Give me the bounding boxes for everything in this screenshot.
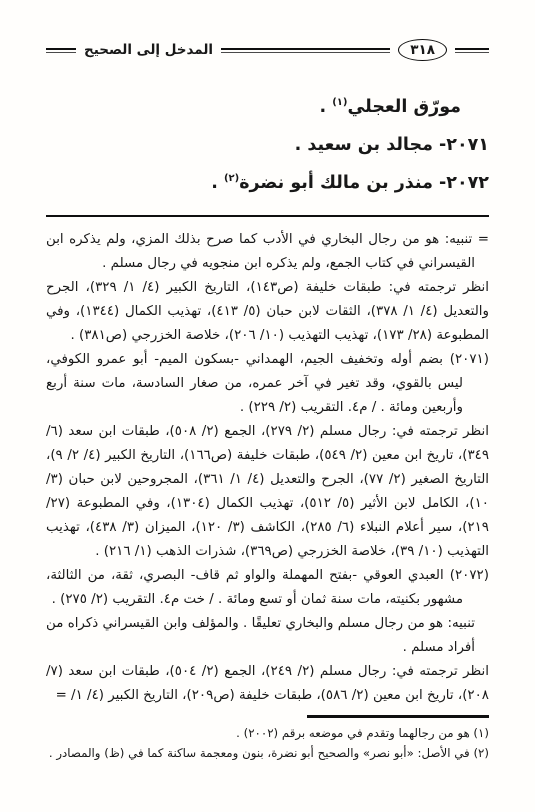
bottom-note-2: (٢) في الأصل: «أبو نصر» والصحيح أبو نضرة… xyxy=(46,743,489,764)
footnote-ref-2: (٢) xyxy=(224,173,239,184)
footnote-paragraph-tanbih: تنبيه: هو من رجال مسلم والبخاري تعليقًا … xyxy=(46,612,489,660)
entry-line-2072: ٢٠٧٢- منذر بن مالك أبو نضرة(٢) . xyxy=(46,162,489,200)
footnotes-block: = تنبيه: هو من رجال البخاري في الأدب كما… xyxy=(46,228,489,708)
bottom-notes: (١) هو من رجالهما وتقدم في موضعه برقم (٢… xyxy=(46,723,489,764)
footnote-paragraph-continuation: = تنبيه: هو من رجال البخاري في الأدب كما… xyxy=(46,228,489,276)
entry-tail: . xyxy=(319,97,332,117)
footnote-ref-1: (١) xyxy=(332,97,347,108)
footnote-paragraph-2071: (٢٠٧١) بضم أوله وتخفيف الجيم، الهمداني -… xyxy=(46,348,489,420)
header-rule-right xyxy=(455,48,489,53)
entry-text: مورّق العجلي xyxy=(347,97,461,117)
header-rule-middle xyxy=(221,48,390,53)
main-text: مورّق العجلي(١) . ٢٠٧١- مجالد بن سعيد . … xyxy=(46,86,489,199)
entry-line-2071: ٢٠٧١- مجالد بن سعيد . xyxy=(46,124,489,162)
footnote-paragraph-2072: (٢٠٧٢) العبدي العوقي -بفتح المهملة والوا… xyxy=(46,564,489,612)
header-rule-left xyxy=(46,48,76,53)
entry-tail: . xyxy=(211,172,224,192)
footnote-paragraph-sources: انظر ترجمته في: رجال مسلم (٢/ ٢٤٩)، الجم… xyxy=(46,660,489,708)
book-page: المدخل إلى الصحيح ٣١٨ مورّق العجلي(١) . … xyxy=(0,0,535,812)
entry-text: ٢٠٧٢- منذر بن مالك أبو نضرة xyxy=(239,172,489,192)
book-title: المدخل إلى الصحيح xyxy=(84,42,213,58)
bottom-notes-separator-rule xyxy=(307,715,489,718)
bottom-note-1: (١) هو من رجالهما وتقدم في موضعه برقم (٢… xyxy=(46,723,489,744)
footnote-paragraph-sources: انظر ترجمته في: طبقات خليفة (ص١٤٣)، التا… xyxy=(46,276,489,348)
footnote-separator-rule xyxy=(46,215,489,217)
footnote-paragraph-sources: انظر ترجمته في: رجال مسلم (٢/ ٢٧٩)، الجم… xyxy=(46,420,489,564)
page-number-badge: ٣١٨ xyxy=(398,39,447,61)
page-header: المدخل إلى الصحيح ٣١٨ xyxy=(46,38,489,62)
entry-continuation-line: مورّق العجلي(١) . xyxy=(46,86,489,124)
entry-text: ٢٠٧١- مجالد بن سعيد . xyxy=(295,135,489,155)
page-number: ٣١٨ xyxy=(410,42,435,58)
